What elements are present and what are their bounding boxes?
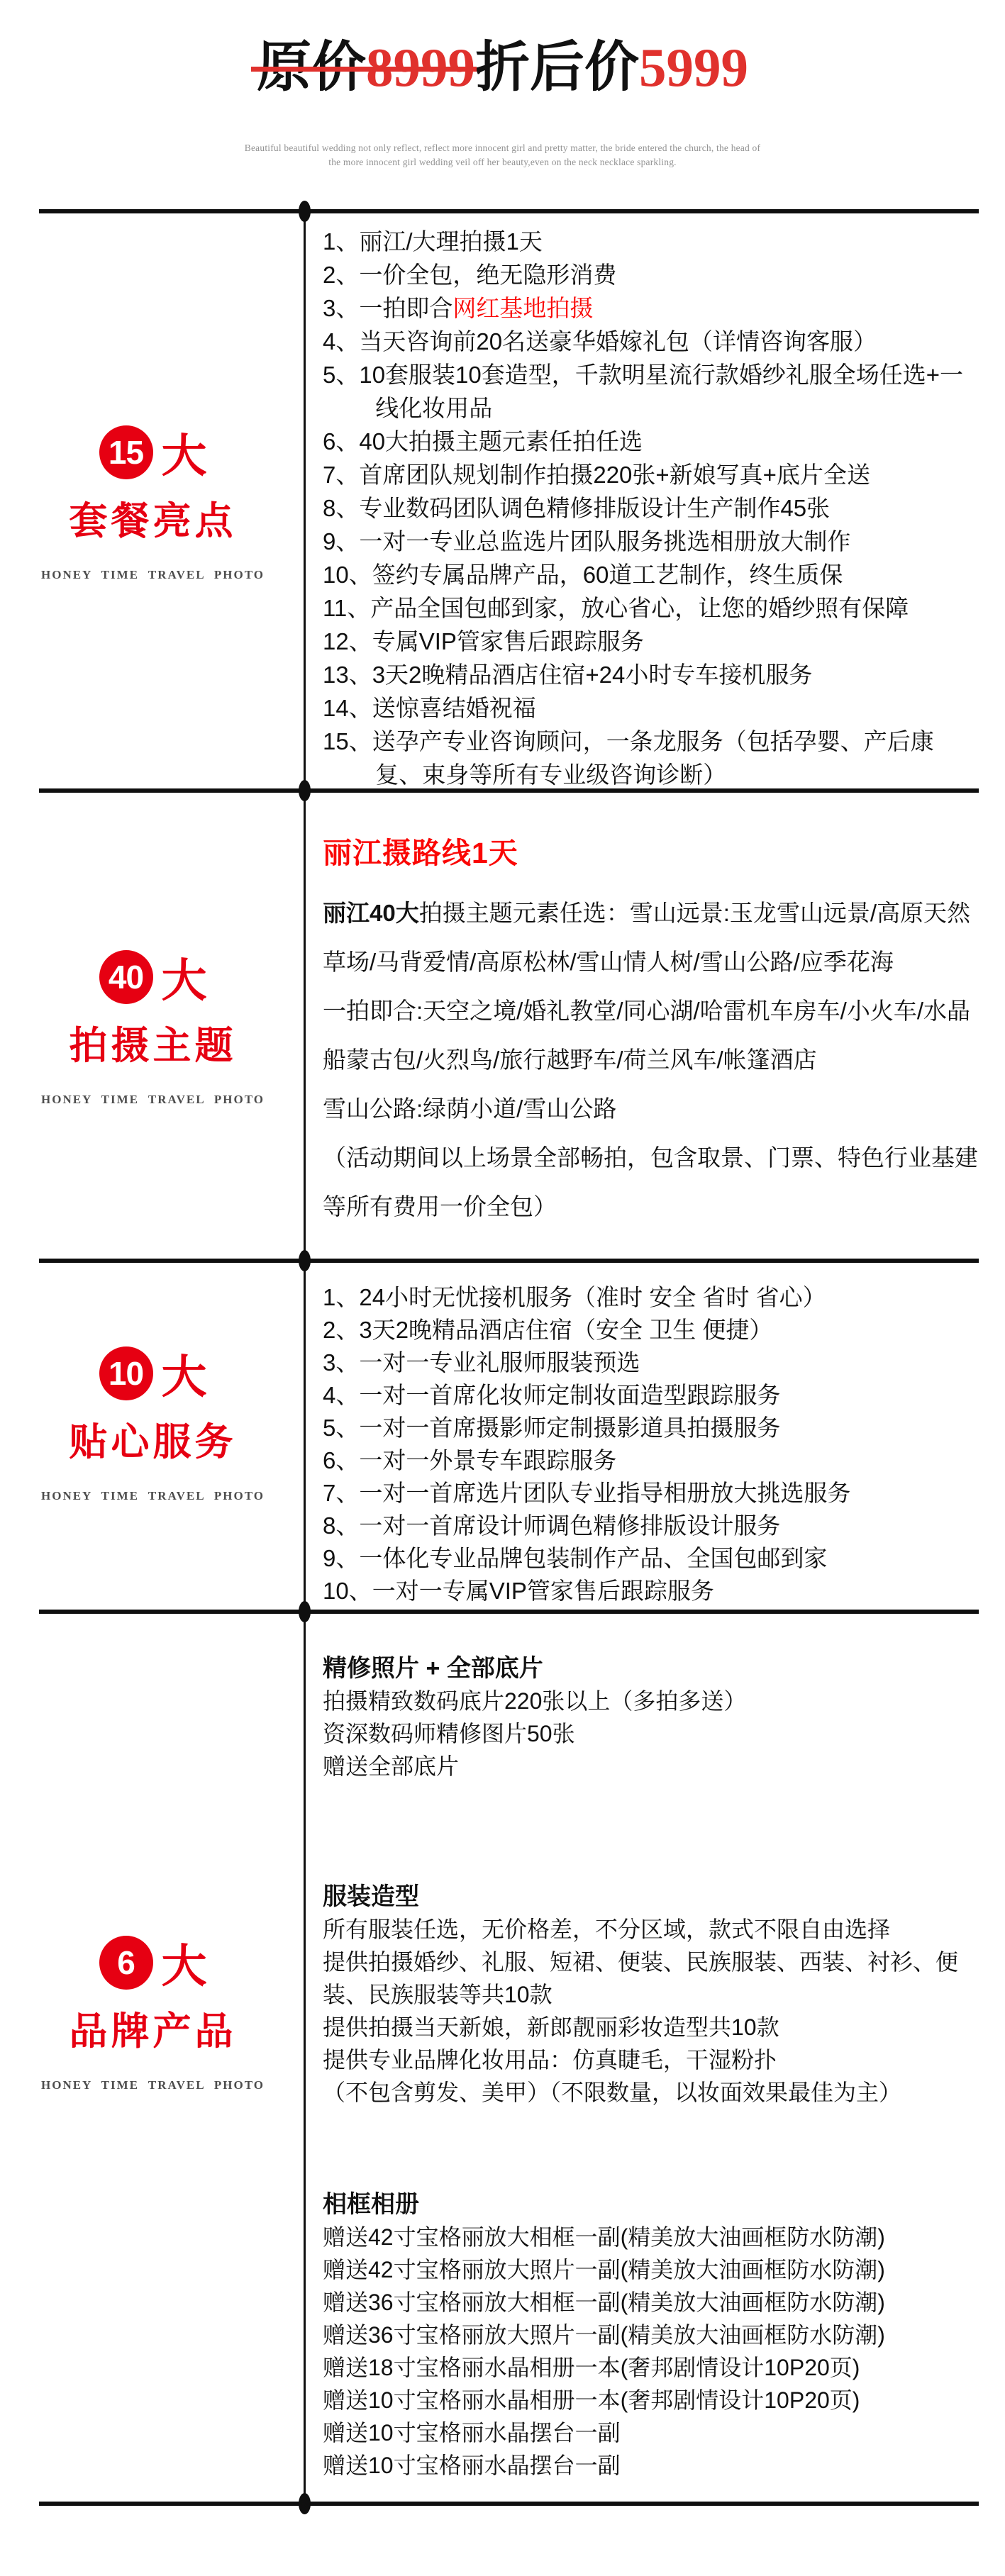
badge-circle: 15 (99, 425, 153, 479)
divider-line (39, 1259, 979, 1263)
badge-number: 6 (117, 1944, 135, 1982)
list-item-text: 1、丽江/大理拍摄1天 (323, 228, 543, 255)
badge-suffix: 大 (162, 944, 207, 1010)
block-line: 赠送42寸宝格丽放大相框一副(精美放大油画框防水防潮) (323, 2221, 980, 2253)
side-badge: 15 大 (99, 420, 207, 485)
list-item: 6、一对一外景专车跟踪服务 (323, 1444, 980, 1477)
highlights-list: 1、丽江/大理拍摄1天2、一价全包，绝无隐形消费3、一拍即合网红基地拍摄4、当天… (306, 213, 1005, 788)
list-item: 11、产品全国包邮到家，放心省心，让您的婚纱照有保障 (323, 591, 980, 625)
block-line: 赠送10寸宝格丽水晶摆台一副 (323, 2449, 980, 2482)
list-item: 5、一对一首席摄影师定制摄影道具拍摄服务 (323, 1412, 980, 1444)
list-item-text: 5、一对一首席摄影师定制摄影道具拍摄服务 (323, 1415, 780, 1441)
block-line: 所有服装任选，无价格差，不分区域，款式不限自由选择 (323, 1913, 980, 1946)
vertical-rule (304, 208, 306, 2506)
block-line: 赠送10寸宝格丽水晶摆台一副 (323, 2416, 980, 2449)
list-item-text: 10、签约专属品牌产品，60道工艺制作，终生质保 (323, 562, 843, 588)
badge-suffix: 大 (162, 1930, 207, 1995)
services-list: 1、24小时无忧接机服务（准时 安全 省时 省心）2、3天2晚精品酒店住宿（安全… (306, 1263, 1005, 1610)
brand-caption: HONEY TIME TRAVEL PHOTO (41, 2078, 265, 2092)
list-item-text: 6、40大拍摄主题元素任拍任选 (323, 428, 643, 455)
block-line: 赠送全部底片 (323, 1750, 980, 1783)
discount-price-value: 5999 (639, 37, 748, 98)
intersection-dot (299, 780, 311, 801)
list-item: 10、一对一专属VIP管家售后跟踪服务 (323, 1575, 980, 1607)
subtitle-line-1: Beautiful beautiful wedding not only ref… (0, 141, 1005, 155)
badge-circle: 6 (99, 1936, 153, 1990)
badge-number: 10 (109, 1354, 143, 1393)
list-item: 2、3天2晚精品酒店住宿（安全 卫生 便捷） (323, 1314, 980, 1346)
list-item: 14、送惊喜结婚祝福 (323, 691, 980, 725)
original-price-label: 原价 (257, 37, 366, 98)
list-item: 12、专属VIP管家售后跟踪服务 (323, 625, 980, 658)
list-item-text: 1、24小时无忧接机服务（准时 安全 省时 省心） (323, 1284, 826, 1310)
divider-line (39, 1610, 979, 1614)
list-item-highlight: 网红基地拍摄 (452, 295, 593, 321)
subtitle: Beautiful beautiful wedding not only ref… (0, 141, 1005, 169)
section-services: 10 大 贴心服务 HONEY TIME TRAVEL PHOTO 1、24小时… (0, 1263, 1005, 1610)
sidebar-shooting-themes: 40 大 拍摄主题 HONEY TIME TRAVEL PHOTO (0, 793, 306, 1259)
block-heading: 精修照片 + 全部底片 (323, 1652, 980, 1685)
side-badge: 40 大 (99, 944, 207, 1010)
block-line: 赠送42寸宝格丽放大照片一副(精美放大油画框防水防潮) (323, 2253, 980, 2286)
original-price-value: 8999 (366, 37, 475, 98)
list-item-text: 8、专业数码团队调色精修排版设计生产制作45张 (323, 495, 830, 521)
list-item-text: 7、一对一首席选片团队专业指导相册放大挑选服务 (323, 1480, 850, 1506)
sidebar-brand-products: 6 大 品牌产品 HONEY TIME TRAVEL PHOTO (0, 1614, 306, 2502)
themes-paragraph-4: （活动期间以上场景全部畅拍，包含取景、门票、特色行业基建等所有费用一价全包） (323, 1133, 980, 1231)
section-title: 品牌产品 (70, 2001, 237, 2056)
themes-paragraph-1: 丽江40大拍摄主题元素任选：雪山远景:玉龙雪山远景/高原天然草场/马背爱情/高原… (323, 888, 980, 986)
list-item: 8、专业数码团队调色精修排版设计生产制作45张 (323, 491, 980, 525)
list-item: 6、40大拍摄主题元素任拍任选 (323, 425, 980, 458)
block-lines: 拍摄精致数码底片220张以上（多拍多送）资深数码师精修图片50张赠送全部底片 (323, 1685, 980, 1783)
intersection-dot (299, 201, 311, 222)
block-line: 赠送18寸宝格丽水晶相册一本(奢邦剧情设计10P20页) (323, 2351, 980, 2384)
list-item-text: 7、首席团队规划制作拍摄220张+新娘写真+底片全送 (323, 462, 870, 488)
block-line: 资深数码师精修图片50张 (323, 1717, 980, 1750)
block-line: 拍摄精致数码底片220张以上（多拍多送） (323, 1685, 980, 1717)
block-line: 提供拍摄婚纱、礼服、短裙、便装、民族服装、西装、衬衫、便装、民族服装等共10款 (323, 1946, 980, 2011)
list-item: 2、一价全包，绝无隐形消费 (323, 258, 980, 291)
list-item: 7、首席团队规划制作拍摄220张+新娘写真+底片全送 (323, 458, 980, 491)
intersection-dot (299, 1601, 311, 1622)
list-item: 15、送孕产专业咨询顾问，一条龙服务（包括孕婴、产后康复、束身等所有专业级咨询诊… (323, 725, 980, 791)
list-item: 5、10套服装10套造型，千款明星流行款婚纱礼服全场任选+一线化妆用品 (323, 358, 980, 425)
products-content: 精修照片 + 全部底片 拍摄精致数码底片220张以上（多拍多送）资深数码师精修图… (306, 1614, 1005, 2502)
original-price: 原价8999 (257, 35, 475, 100)
themes-paragraph-3: 雪山公路:绿荫小道/雪山公路 (323, 1084, 980, 1133)
list-item-text: 3、一拍即合 (323, 295, 452, 321)
block-line: （不包含剪发、美甲）（不限数量，以妆面效果最佳为主） (323, 2076, 980, 2109)
discount-price-label: 折后价 (475, 37, 639, 98)
list-item: 4、一对一首席化妆师定制妆面造型跟踪服务 (323, 1379, 980, 1412)
sidebar-services: 10 大 贴心服务 HONEY TIME TRAVEL PHOTO (0, 1263, 306, 1610)
block-heading: 相框相册 (323, 2188, 980, 2221)
section-package-highlights: 15 大 套餐亮点 HONEY TIME TRAVEL PHOTO 1、丽江/大… (0, 213, 1005, 788)
list-item-text: 2、一价全包，绝无隐形消费 (323, 262, 616, 288)
list-item-text: 8、一对一首席设计师调色精修排版设计服务 (323, 1512, 780, 1539)
list-item: 7、一对一首席选片团队专业指导相册放大挑选服务 (323, 1477, 980, 1510)
list-item-text: 9、一对一专业总监选片团队服务挑选相册放大制作 (323, 528, 850, 554)
list-item: 1、丽江/大理拍摄1天 (323, 225, 980, 258)
block-lines: 赠送42寸宝格丽放大相框一副(精美放大油画框防水防潮)赠送42寸宝格丽放大照片一… (323, 2221, 980, 2482)
list-item-text: 11、产品全国包邮到家，放心省心，让您的婚纱照有保障 (323, 595, 909, 621)
list-item-text: 12、专属VIP管家售后跟踪服务 (323, 628, 644, 654)
list-item-text: 6、一对一外景专车跟踪服务 (323, 1447, 616, 1473)
themes-paragraph-lead: 丽江40大 (323, 900, 419, 926)
product-block-costume: 服装造型 所有服装任选，无价格差，不分区域，款式不限自由选择提供拍摄婚纱、礼服、… (323, 1880, 980, 2109)
themes-content: 丽江摄路线1天 丽江40大拍摄主题元素任选：雪山远景:玉龙雪山远景/高原天然草场… (306, 793, 1005, 1259)
section-title: 贴心服务 (70, 1412, 237, 1466)
block-line: 提供专业品牌化妆用品：仿真睫毛，干湿粉扑 (323, 2043, 980, 2076)
brand-caption: HONEY TIME TRAVEL PHOTO (41, 1489, 265, 1503)
list-item: 4、当天咨询前20名送豪华婚嫁礼包（详情咨询客服） (323, 325, 980, 358)
block-line: 提供拍摄当天新娘，新郎靓丽彩妆造型共10款 (323, 2011, 980, 2043)
list-item-text: 4、一对一首席化妆师定制妆面造型跟踪服务 (323, 1382, 780, 1408)
badge-circle: 10 (99, 1346, 153, 1400)
sidebar-package-highlights: 15 大 套餐亮点 HONEY TIME TRAVEL PHOTO (0, 213, 306, 788)
themes-paragraph-2: 一拍即合:天空之境/婚礼教堂/同心湖/哈雷机车房车/小火车/水晶船蒙古包/火烈鸟… (323, 986, 980, 1084)
list-item: 9、一对一专业总监选片团队服务挑选相册放大制作 (323, 525, 980, 558)
list-item: 13、3天2晚精品酒店住宿+24小时专车接机服务 (323, 658, 980, 691)
divider-line (39, 2502, 979, 2506)
list-item: 1、24小时无忧接机服务（准时 安全 省时 省心） (323, 1281, 980, 1314)
intersection-dot (299, 1250, 311, 1271)
list-item-text: 15、送孕产专业咨询顾问，一条龙服务（包括孕婴、产后康复、束身等所有专业级咨询诊… (323, 728, 934, 788)
themes-paragraph-rest: 拍摄主题元素任选：雪山远景:玉龙雪山远景/高原天然草场/马背爱情/高原松林/雪山… (323, 900, 970, 975)
badge-number: 40 (109, 958, 143, 996)
block-line: 赠送36寸宝格丽放大照片一副(精美放大油画框防水防潮) (323, 2319, 980, 2351)
intersection-dot (299, 2493, 311, 2514)
badge-suffix: 大 (162, 420, 207, 485)
list-item-text: 13、3天2晚精品酒店住宿+24小时专车接机服务 (323, 662, 812, 688)
block-line: 赠送10寸宝格丽水晶相册一本(奢邦剧情设计10P20页) (323, 2384, 980, 2416)
list-item: 3、一对一专业礼服师服装预选 (323, 1346, 980, 1379)
divider-line (39, 209, 979, 213)
brand-caption: HONEY TIME TRAVEL PHOTO (41, 1093, 265, 1107)
list-item-text: 9、一体化专业品牌包装制作产品、全国包邮到家 (323, 1545, 827, 1571)
section-shooting-themes: 40 大 拍摄主题 HONEY TIME TRAVEL PHOTO 丽江摄路线1… (0, 793, 1005, 1259)
section-title: 拍摄主题 (70, 1015, 237, 1070)
list-item-text: 5、10套服装10套造型，千款明星流行款婚纱礼服全场任选+一线化妆用品 (323, 362, 963, 421)
side-badge: 6 大 (99, 1930, 207, 1995)
badge-number: 15 (109, 433, 143, 472)
list-item: 9、一体化专业品牌包装制作产品、全国包邮到家 (323, 1542, 980, 1575)
list-item-text: 4、当天咨询前20名送豪华婚嫁礼包（详情咨询客服） (323, 328, 877, 355)
section-brand-products: 6 大 品牌产品 HONEY TIME TRAVEL PHOTO 精修照片 + … (0, 1614, 1005, 2502)
block-heading: 服装造型 (323, 1880, 980, 1913)
price-header: 原价8999折后价5999 (0, 35, 1005, 100)
badge-suffix: 大 (162, 1341, 207, 1406)
page: 原价8999折后价5999 Beautiful beautiful weddin… (0, 0, 1005, 2576)
side-badge: 10 大 (99, 1341, 207, 1406)
list-item-text: 10、一对一专属VIP管家售后跟踪服务 (323, 1578, 714, 1604)
brand-caption: HONEY TIME TRAVEL PHOTO (41, 568, 265, 582)
section-title: 套餐亮点 (70, 491, 237, 545)
list-item: 8、一对一首席设计师调色精修排版设计服务 (323, 1510, 980, 1542)
list-item: 3、一拍即合网红基地拍摄 (323, 291, 980, 325)
block-line: 赠送36寸宝格丽放大相框一副(精美放大油画框防水防潮) (323, 2286, 980, 2319)
subtitle-line-2: the more innocent girl wedding veil off … (0, 155, 1005, 169)
themes-headline: 丽江摄路线1天 (323, 830, 980, 871)
list-item-text: 3、一对一专业礼服师服装预选 (323, 1349, 640, 1376)
list-item-text: 14、送惊喜结婚祝福 (323, 695, 536, 721)
list-item-text: 2、3天2晚精品酒店住宿（安全 卫生 便捷） (323, 1317, 772, 1343)
product-block-frames: 相框相册 赠送42寸宝格丽放大相框一副(精美放大油画框防水防潮)赠送42寸宝格丽… (323, 2188, 980, 2482)
divider-line (39, 788, 979, 793)
block-lines: 所有服装任选，无价格差，不分区域，款式不限自由选择提供拍摄婚纱、礼服、短裙、便装… (323, 1913, 980, 2109)
list-item: 10、签约专属品牌产品，60道工艺制作，终生质保 (323, 558, 980, 591)
product-block-photos: 精修照片 + 全部底片 拍摄精致数码底片220张以上（多拍多送）资深数码师精修图… (323, 1652, 980, 1783)
badge-circle: 40 (99, 950, 153, 1004)
